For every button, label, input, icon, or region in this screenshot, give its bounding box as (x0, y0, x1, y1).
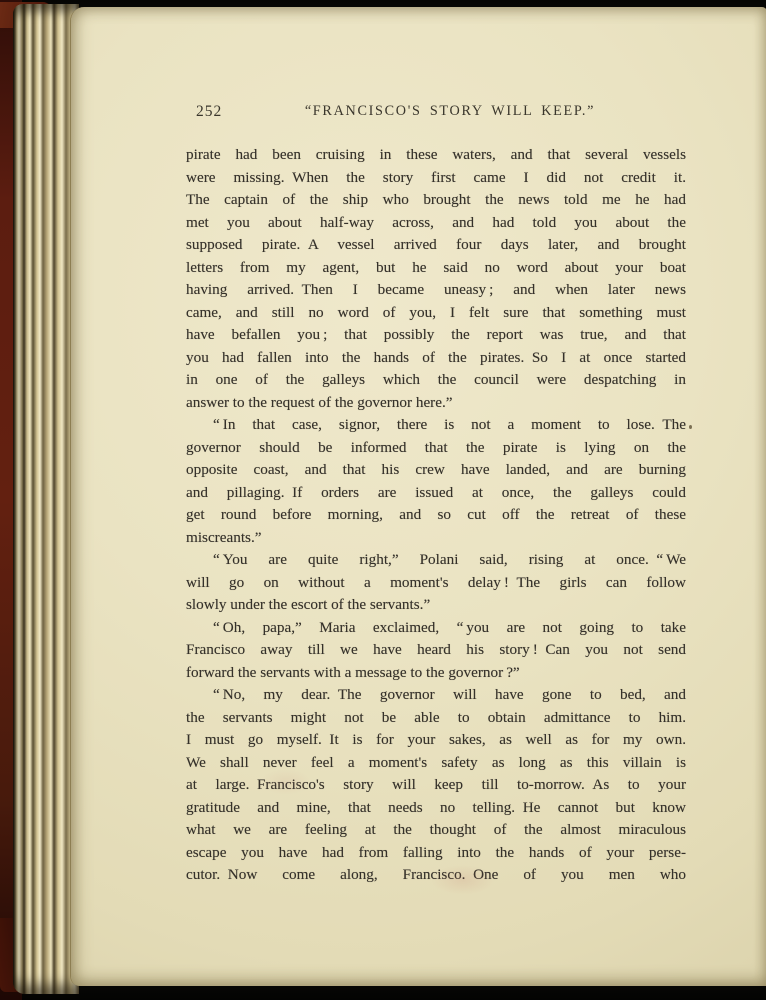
book-page: 252 “FRANCISCO'S STORY WILL KEEP.” pirat… (70, 7, 766, 986)
text-line: met you about half-way across, and had t… (186, 212, 686, 235)
text-line: have befallen you ; that possibly the re… (186, 324, 686, 347)
paragraph: pirate had been cruising in these waters… (186, 144, 686, 414)
paper-stain (261, 769, 311, 795)
text-line: The captain of the ship who brought the … (186, 189, 686, 212)
text-line: were missing. When the story first came … (186, 167, 686, 190)
text-line: you had fallen into the hands of the pir… (186, 347, 686, 370)
text-line: will go on without a moment's delay ! Th… (186, 572, 686, 595)
text-line: answer to the request of the governor he… (186, 392, 686, 415)
text-line: get round before morning, and so cut off… (186, 504, 686, 527)
text-line: gratitude and mine, that needs no tellin… (186, 797, 686, 820)
text-line: letters from my agent, but he said no wo… (186, 257, 686, 280)
text-line: forward the servants with a message to t… (186, 662, 686, 685)
body-text: pirate had been cruising in these waters… (186, 144, 686, 887)
text-line: “ No, my dear. The governor will have go… (186, 684, 686, 707)
text-line: “ You are quite right,” Polani said, ris… (186, 549, 686, 572)
text-line: I must go myself. It is for your sakes, … (186, 729, 686, 752)
text-line: slowly under the escort of the servants.… (186, 594, 686, 617)
text-line: in one of the galleys which the council … (186, 369, 686, 392)
text-line: supposed pirate. A vessel arrived four d… (186, 234, 686, 257)
text-line: governor should be informed that the pir… (186, 437, 686, 460)
text-line: miscreants.” (186, 527, 686, 550)
paragraph: “ In that case, signor, there is not a m… (186, 414, 686, 549)
text-line: came, and still no word of you, I felt s… (186, 302, 686, 325)
text-line: the servants might not be able to obtain… (186, 707, 686, 730)
text-line: We shall never feel a moment's safety as… (186, 752, 686, 775)
text-line: what we are feeling at the thought of th… (186, 819, 686, 842)
running-head: “FRANCISCO'S STORY WILL KEEP.” (200, 103, 700, 120)
text-line: opposite coast, and that his crew have l… (186, 459, 686, 482)
paper-stain (431, 865, 495, 895)
text-line: escape you have had from falling into th… (186, 842, 686, 865)
paragraph: “ You are quite right,” Polani said, ris… (186, 549, 686, 617)
page-content: 252 “FRANCISCO'S STORY WILL KEEP.” pirat… (186, 7, 686, 887)
ink-speck (689, 425, 692, 429)
text-line: “ Oh, papa,” Maria exclaimed, “ you are … (186, 617, 686, 640)
paragraph: “ Oh, papa,” Maria exclaimed, “ you are … (186, 617, 686, 685)
text-line: pirate had been cruising in these waters… (186, 144, 686, 167)
text-line: “ In that case, signor, there is not a m… (186, 414, 686, 437)
page-header: 252 “FRANCISCO'S STORY WILL KEEP.” (186, 103, 686, 125)
text-line: and pillaging. If orders are issued at o… (186, 482, 686, 505)
text-line: having arrived. Then I became uneasy ; a… (186, 279, 686, 302)
text-line: Francisco away till we have heard his st… (186, 639, 686, 662)
book-photo: 252 “FRANCISCO'S STORY WILL KEEP.” pirat… (0, 0, 766, 1000)
